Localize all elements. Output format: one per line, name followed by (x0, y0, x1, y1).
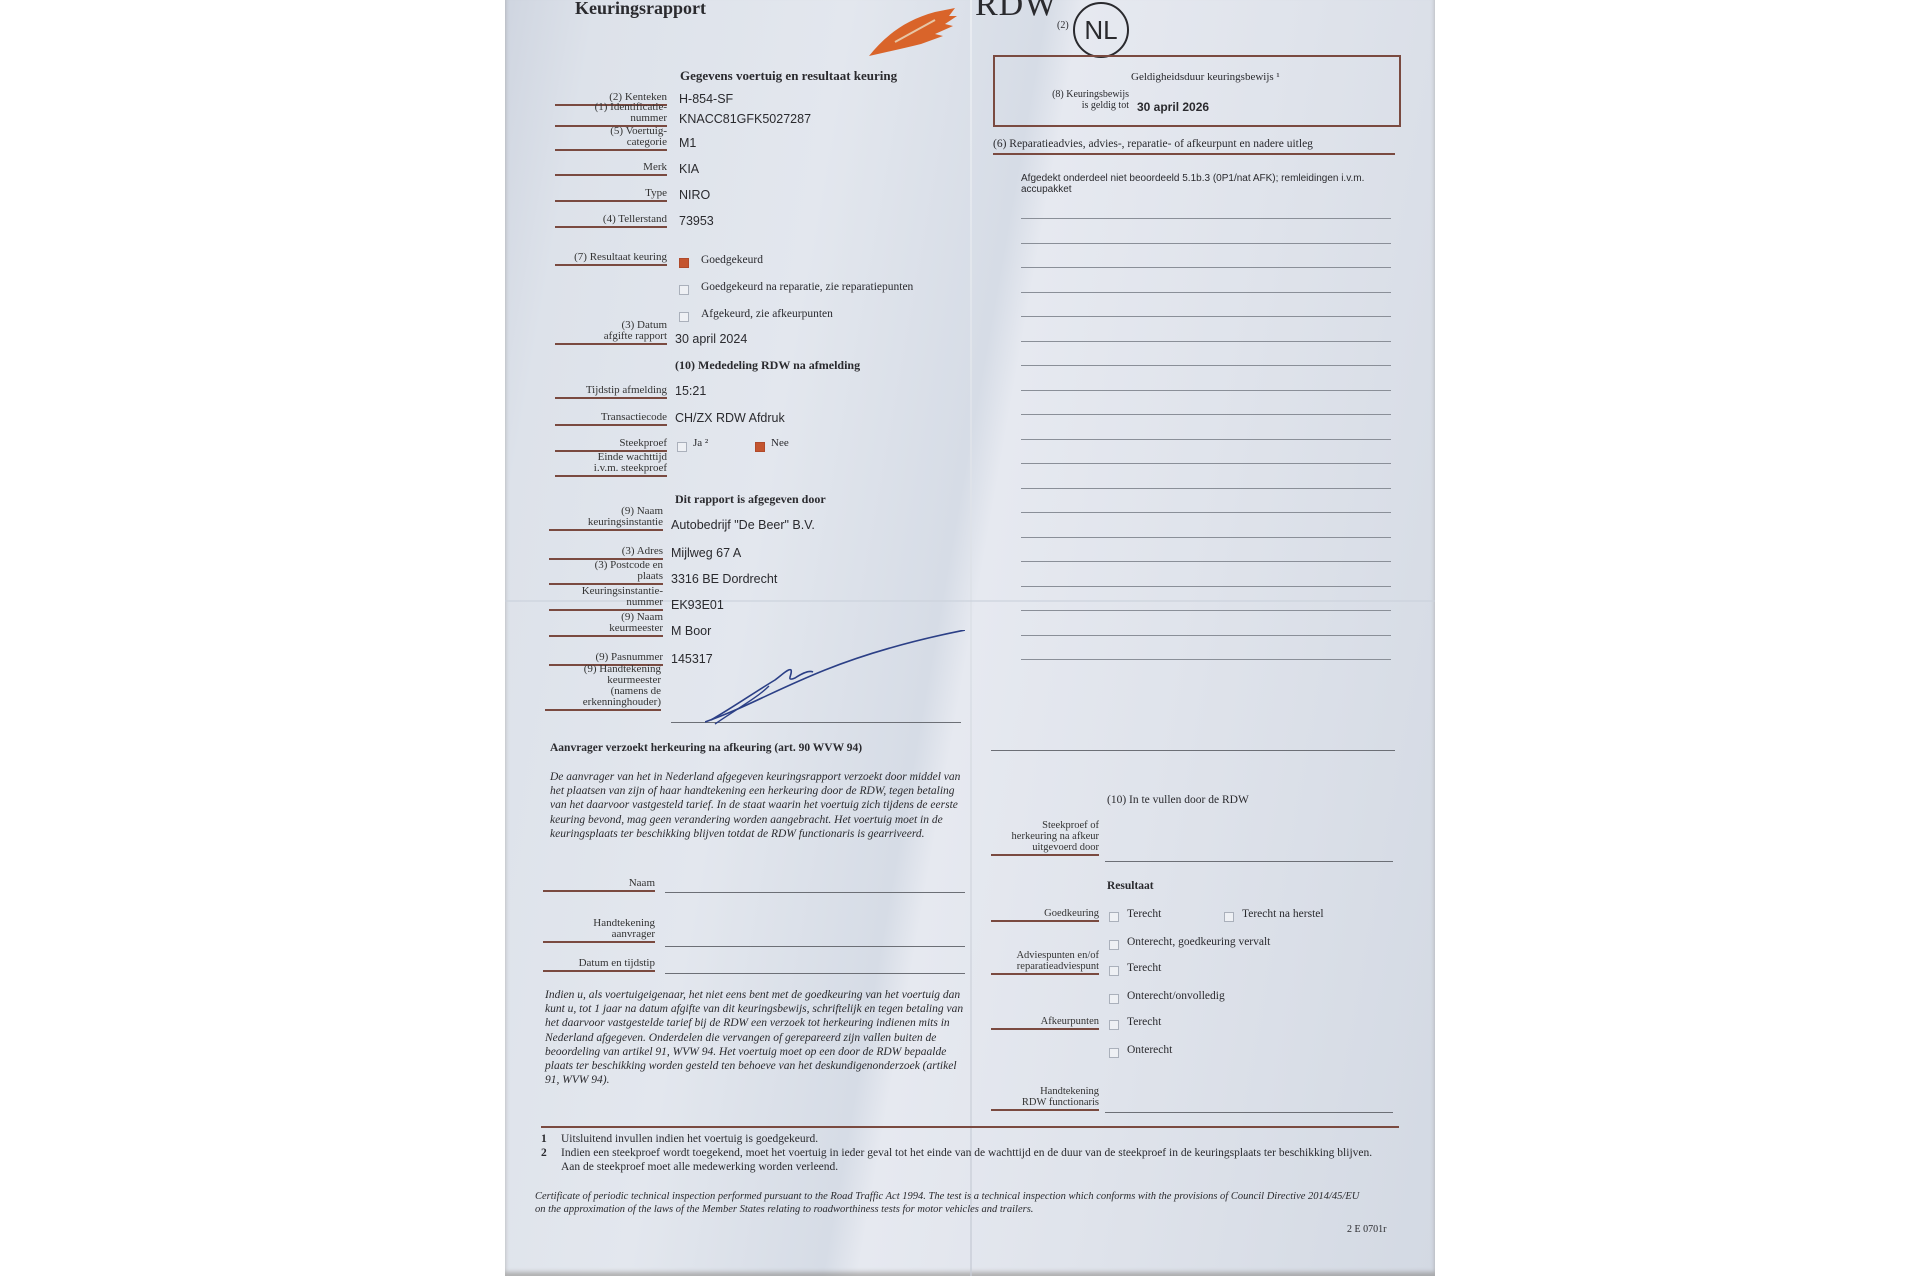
signature-label: (9) Handtekening keurmeester (namens de … (545, 664, 661, 711)
time-value: 15:21 (675, 384, 706, 398)
country-note: (2) (1057, 20, 1069, 31)
result-checkbox[interactable] (679, 258, 689, 268)
sample-label: Steekproef (555, 438, 667, 452)
advice-line (1021, 316, 1391, 317)
advice-line (1021, 610, 1391, 611)
issuer-field-value: EK93E01 (671, 598, 724, 612)
issuer-field-value: Mijlweg 67 A (671, 546, 741, 560)
rdw-fill-heading: (10) In te vullen door de RDW (1107, 794, 1249, 806)
field-value: H-854-SF (679, 92, 733, 106)
field-label: (4) Tellerstand (555, 214, 667, 228)
result-heading: Resultaat (1107, 880, 1154, 892)
issuer-field-value: Autobedrijf "De Beer" B.V. (671, 518, 815, 532)
issuer-field-label: (3) Postcode en plaats (549, 560, 663, 585)
field-value: KNACC81GFK5027287 (679, 112, 811, 126)
rdw-row-label: Goedkeuring (991, 908, 1099, 922)
time-label: Tijdstip afmelding (555, 385, 667, 399)
rdw-result-option: Terecht na herstel (1242, 908, 1324, 920)
footnote-text: Indien een steekproef wordt toegekend, m… (561, 1146, 1381, 1174)
advice-line (1021, 365, 1391, 366)
repair-advice-text: Afgedekt onderdeel niet beoordeeld 5.1b.… (1021, 173, 1391, 195)
advice-line (1021, 292, 1391, 293)
field-value: KIA (679, 162, 699, 176)
field-label: (5) Voertuig- categorie (555, 126, 667, 151)
advice-line (1021, 341, 1391, 342)
rdw-row-label: Adviespunten en/of reparatieadviespunt (991, 950, 1099, 975)
advice-line (1021, 390, 1391, 391)
date-value: 30 april 2024 (675, 332, 747, 346)
issuer-field-label: Keuringsinstantie- nummer (549, 586, 663, 611)
rdw-result-option: Terecht (1127, 1016, 1161, 1028)
paper-fold-vertical (970, 0, 972, 1276)
field-label: Merk (555, 162, 667, 176)
issuer-field-value: 3316 BE Dordrecht (671, 572, 777, 586)
advice-line (1021, 586, 1391, 587)
result-option-label: Goedgekeurd na reparatie, zie reparatiep… (701, 281, 913, 293)
rdw-result-option: Onterecht (1127, 1044, 1172, 1056)
sample-no-label: Nee (771, 437, 789, 449)
validity-date: 30 april 2026 (1137, 100, 1209, 114)
rdw-signature-label: Handtekening RDW functionaris (991, 1086, 1099, 1111)
applicant-signature-label: Handtekening aanvrager (543, 918, 655, 943)
applicant-datetime-label: Datum en tijdstip (543, 958, 655, 972)
advice-line (1021, 414, 1391, 415)
rdw-result-option: Terecht (1127, 962, 1161, 974)
advice-line (1021, 243, 1391, 244)
validity-label: (8) Keuringsbewijs is geldig tot (1005, 89, 1129, 111)
issuer-field-label: (9) Naam keuringsinstantie (549, 506, 663, 531)
advice-line (1021, 439, 1391, 440)
repair-advice-heading: (6) Reparatieadvies, advies-, reparatie-… (993, 138, 1313, 150)
result-label: (7) Resultaat keuring (555, 252, 667, 266)
sample-no-checkbox[interactable] (755, 442, 765, 452)
sample-yes-label: Ja ² (693, 437, 708, 449)
performed-by-label: Steekproef of herkeuring na afkeur uitge… (991, 820, 1099, 856)
applicant-name-label: Naam (543, 878, 655, 892)
field-value: 73953 (679, 214, 714, 228)
issuer-field-label: (3) Adres (549, 546, 663, 560)
field-value: NIRO (679, 188, 710, 202)
validity-heading: Geldigheidsduur keuringsbewijs ¹ (1131, 71, 1280, 83)
rdw-signature-field[interactable] (1105, 1112, 1393, 1113)
objection-text: Indien u, als voertuigeigenaar, het niet… (545, 988, 965, 1087)
field-label: (1) Identificatie- nummer (555, 102, 667, 127)
validity-box: Geldigheidsduur keuringsbewijs ¹ (8) Keu… (993, 55, 1401, 127)
applicant-datetime-field[interactable] (665, 973, 965, 974)
advice-line (1021, 267, 1391, 268)
vehicle-section-heading: Gegevens voertuig en resultaat keuring (680, 68, 897, 84)
certificate-text: Certificate of periodic technical inspec… (535, 1190, 1365, 1216)
document-title: Keuringsrapport (575, 0, 706, 19)
result-option-label: Goedgekeurd (701, 254, 763, 266)
reinspection-heading: Aanvrager verzoekt herkeuring na afkeuri… (550, 742, 862, 754)
advice-line (1021, 512, 1391, 513)
rdw-result-checkbox[interactable] (1109, 912, 1119, 922)
rdw-result-checkbox[interactable] (1109, 966, 1119, 976)
applicant-name-field[interactable] (665, 892, 965, 893)
rdw-result-checkbox[interactable] (1109, 994, 1119, 1004)
country-badge: NL (1073, 2, 1129, 58)
rdw-fill-top-line (991, 750, 1395, 751)
advice-line (1021, 659, 1391, 660)
rdw-result-checkbox[interactable] (1109, 940, 1119, 950)
transaction-label: Transactiecode (555, 412, 667, 426)
rdw-logo-icon (865, 6, 961, 58)
form-code: 2 E 0701r (1347, 1224, 1386, 1235)
rdw-row-label: Afkeurpunten (991, 1016, 1099, 1030)
inspection-report-paper: Keuringsrapport RDW (2) NL Gegevens voer… (505, 0, 1435, 1276)
rdw-notice-heading: (10) Mededeling RDW na afmelding (675, 358, 860, 373)
advice-line (1021, 635, 1391, 636)
result-checkbox[interactable] (679, 285, 689, 295)
rdw-result-option: Onterecht, goedkeuring vervalt (1127, 936, 1270, 948)
footnote-text: Uitsluitend invullen indien het voertuig… (561, 1132, 1381, 1146)
result-checkbox[interactable] (679, 312, 689, 322)
advice-line (1021, 463, 1391, 464)
advice-line (1021, 537, 1391, 538)
reinspection-body: De aanvrager van het in Nederland afgege… (550, 770, 965, 841)
advice-line (1021, 561, 1391, 562)
performed-by-field[interactable] (1105, 861, 1393, 862)
result-option-label: Afgekeurd, zie afkeurpunten (701, 308, 833, 320)
rdw-result-checkbox[interactable] (1224, 912, 1234, 922)
footnote-number: 2 (541, 1146, 547, 1160)
wait-label: Einde wachttijd i.v.m. steekproef (555, 452, 667, 477)
sample-yes-checkbox[interactable] (677, 442, 687, 452)
inspector-signature (705, 630, 965, 730)
issuer-field-label: (9) Naam keurmeester (549, 612, 663, 637)
footnote-divider (541, 1126, 1399, 1128)
advice-line (1021, 218, 1391, 219)
advice-line (1021, 488, 1391, 489)
date-label: (3) Datum afgifte rapport (555, 320, 667, 345)
rdw-result-option: Onterecht/onvolledig (1127, 990, 1225, 1002)
field-label: Type (555, 188, 667, 202)
applicant-signature-field[interactable] (665, 946, 965, 947)
rdw-brand: RDW (975, 0, 1057, 24)
repair-advice-underline (993, 153, 1395, 155)
footnote-number: 1 (541, 1132, 547, 1146)
rdw-result-checkbox[interactable] (1109, 1048, 1119, 1058)
rdw-result-checkbox[interactable] (1109, 1020, 1119, 1030)
rdw-result-option: Terecht (1127, 908, 1161, 920)
field-value: M1 (679, 136, 696, 150)
issuer-heading: Dit rapport is afgegeven door (675, 492, 826, 507)
transaction-value: CH/ZX RDW Afdruk (675, 411, 785, 425)
